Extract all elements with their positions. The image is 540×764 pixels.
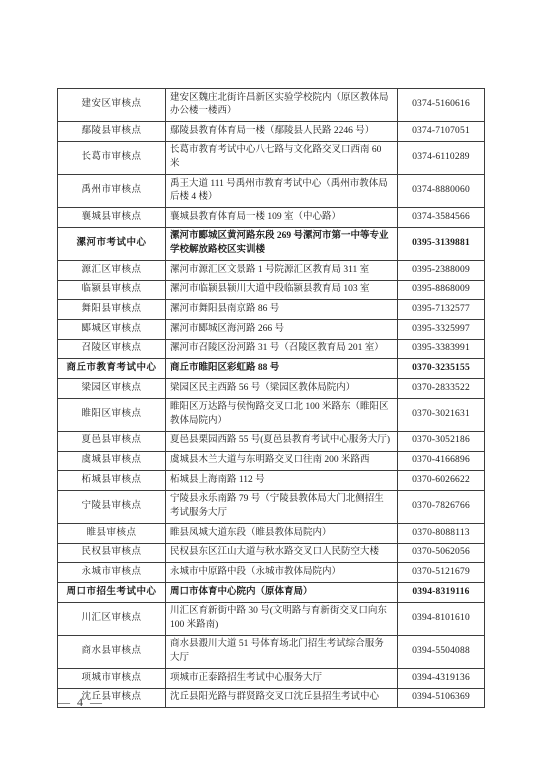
table-row: 临颍县审核点漯河市临颍县颍川大道中段临颍县教育局 103 室0395-88680… (58, 280, 485, 300)
address-cell: 睢阳区万达路与侯恂路交叉口北 100 米路东（睢阳区教体局院内） (166, 398, 398, 431)
table-row: 建安区审核点建安区魏庄北街许昌新区实验学校院内（原区教体局办公楼一楼西）0374… (58, 89, 485, 122)
checkpoint-name-cell: 郾城区审核点 (58, 319, 166, 339)
phone-cell: 0394-5504088 (398, 635, 485, 668)
checkpoint-name-cell: 项城市审核点 (58, 669, 166, 689)
table-row: 民权县审核点民权县东区江山大道与秋水路交叉口人民防空大楼0370-5062056 (58, 543, 485, 563)
checkpoint-name-cell: 周口市招生考试中心 (58, 583, 166, 603)
address-cell: 民权县东区江山大道与秋水路交叉口人民防空大楼 (166, 543, 398, 563)
checkpoint-name-cell: 睢县审核点 (58, 524, 166, 544)
address-cell: 鄢陵县教育体育局一楼（鄢陵县人民路 2246 号） (166, 122, 398, 142)
phone-cell: 0370-3235155 (398, 359, 485, 379)
checkpoint-name-cell: 柘城县审核点 (58, 471, 166, 491)
phone-cell: 0395-7132577 (398, 300, 485, 320)
table-row: 柘城县审核点柘城县上海南路 112 号0370-6026622 (58, 471, 485, 491)
table-row: 虞城县审核点虞城县木兰大道与东明路交叉口往南 200 米路西0370-41668… (58, 451, 485, 471)
phone-cell: 0370-5121679 (398, 563, 485, 583)
table-row: 梁园区审核点梁园区民主西路 56 号（梁园区教体局院内）0370-2833522 (58, 379, 485, 399)
table-row: 睢阳区审核点睢阳区万达路与侯恂路交叉口北 100 米路东（睢阳区教体局院内）03… (58, 398, 485, 431)
checkpoint-name-cell: 召陵区审核点 (58, 339, 166, 359)
checkpoint-name-cell: 川汇区审核点 (58, 602, 166, 635)
page-number: — 4 — (58, 695, 104, 710)
phone-cell: 0395-3139881 (398, 227, 485, 260)
phone-cell: 0370-3021631 (398, 398, 485, 431)
phone-cell: 0370-3052186 (398, 431, 485, 451)
checkpoint-name-cell: 长葛市审核点 (58, 141, 166, 174)
phone-cell: 0370-7826766 (398, 490, 485, 523)
address-cell: 周口市体育中心院内（原体育局） (166, 583, 398, 603)
table-row: 商丘市教育考试中心商丘市睢阳区彩虹路 88 号0370-3235155 (58, 359, 485, 379)
checkpoint-name-cell: 漯河市考试中心 (58, 227, 166, 260)
checkpoint-name-cell: 商丘市教育考试中心 (58, 359, 166, 379)
phone-cell: 0395-3325997 (398, 319, 485, 339)
phone-cell: 0374-3584566 (398, 208, 485, 228)
address-cell: 项城市正泰路招生考试中心服务大厅 (166, 669, 398, 689)
table-row: 永城市审核点永城市中原路中段（永城市教体局院内）0370-5121679 (58, 563, 485, 583)
phone-cell: 0394-8319116 (398, 583, 485, 603)
address-cell: 睢县凤城大道东段（睢县教体局院内） (166, 524, 398, 544)
phone-cell: 0374-5160616 (398, 89, 485, 122)
address-cell: 沈丘县阳光路与群贤路交叉口沈丘县招生考试中心 (166, 688, 398, 708)
table-row: 项城市审核点项城市正泰路招生考试中心服务大厅0394-4319136 (58, 669, 485, 689)
checkpoint-name-cell: 源汇区审核点 (58, 260, 166, 280)
table-row: 长葛市审核点长葛市教育考试中心八七路与文化路交叉口西南 60 米0374-611… (58, 141, 485, 174)
checkpoint-name-cell: 睢阳区审核点 (58, 398, 166, 431)
address-cell: 永城市中原路中段（永城市教体局院内） (166, 563, 398, 583)
address-cell: 虞城县木兰大道与东明路交叉口往南 200 米路西 (166, 451, 398, 471)
table-row: 沈丘县审核点沈丘县阳光路与群贤路交叉口沈丘县招生考试中心0394-5106369 (58, 688, 485, 708)
address-cell: 夏邑县栗园西路 55 号(夏邑县教育考试中心服务大厅) (166, 431, 398, 451)
address-cell: 梁园区民主西路 56 号（梁园区教体局院内） (166, 379, 398, 399)
checkpoint-name-cell: 虞城县审核点 (58, 451, 166, 471)
checkpoint-name-cell: 禹州市审核点 (58, 174, 166, 207)
table-row: 舞阳县审核点漯河市舞阳县南京路 86 号0395-7132577 (58, 300, 485, 320)
phone-cell: 0370-6026622 (398, 471, 485, 491)
address-cell: 禹王大道 111 号禹州市教育考试中心（禹州市教体局后楼 4 楼） (166, 174, 398, 207)
address-cell: 建安区魏庄北街许昌新区实验学校院内（原区教体局办公楼一楼西） (166, 89, 398, 122)
checkpoint-table-body: 建安区审核点建安区魏庄北街许昌新区实验学校院内（原区教体局办公楼一楼西）0374… (58, 89, 485, 708)
table-row: 川汇区审核点川汇区育新街中路 30 号(文明路与育新街交叉口向东 100 米路南… (58, 602, 485, 635)
phone-cell: 0395-2388009 (398, 260, 485, 280)
phone-cell: 0370-2833522 (398, 379, 485, 399)
checkpoint-name-cell: 舞阳县审核点 (58, 300, 166, 320)
checkpoint-name-cell: 民权县审核点 (58, 543, 166, 563)
table-row: 禹州市审核点禹王大道 111 号禹州市教育考试中心（禹州市教体局后楼 4 楼）0… (58, 174, 485, 207)
table-row: 襄城县审核点襄城县教育体育局一楼 109 室（中心路）0374-3584566 (58, 208, 485, 228)
table-row: 源汇区审核点漯河市源汇区文景路 1 号院源汇区教育局 311 室0395-238… (58, 260, 485, 280)
table-row: 睢县审核点睢县凤城大道东段（睢县教体局院内）0370-8088113 (58, 524, 485, 544)
phone-cell: 0370-8088113 (398, 524, 485, 544)
address-cell: 漯河市召陵区汾河路 31 号（召陵区教育局 201 室） (166, 339, 398, 359)
table-row: 宁陵县审核点宁陵县永乐南路 79 号（宁陵县教体局大门北侧招生考试服务大厅037… (58, 490, 485, 523)
address-cell: 商水县溵川大道 51 号体育场北门招生考试综合服务大厅 (166, 635, 398, 668)
phone-cell: 0370-5062056 (398, 543, 485, 563)
address-cell: 商丘市睢阳区彩虹路 88 号 (166, 359, 398, 379)
phone-cell: 0394-5106369 (398, 688, 485, 708)
address-cell: 漯河市临颍县颍川大道中段临颍县教育局 103 室 (166, 280, 398, 300)
address-cell: 漯河市舞阳县南京路 86 号 (166, 300, 398, 320)
checkpoint-name-cell: 建安区审核点 (58, 89, 166, 122)
phone-cell: 0374-6110289 (398, 141, 485, 174)
checkpoint-name-cell: 临颍县审核点 (58, 280, 166, 300)
table-row: 鄢陵县审核点鄢陵县教育体育局一楼（鄢陵县人民路 2246 号）0374-7107… (58, 122, 485, 142)
table-row: 商水县审核点商水县溵川大道 51 号体育场北门招生考试综合服务大厅0394-55… (58, 635, 485, 668)
phone-cell: 0374-8880060 (398, 174, 485, 207)
address-cell: 襄城县教育体育局一楼 109 室（中心路） (166, 208, 398, 228)
checkpoint-name-cell: 襄城县审核点 (58, 208, 166, 228)
phone-cell: 0395-8868009 (398, 280, 485, 300)
phone-cell: 0394-8101610 (398, 602, 485, 635)
address-cell: 漯河市郾城区海河路 266 号 (166, 319, 398, 339)
table-row: 郾城区审核点漯河市郾城区海河路 266 号0395-3325997 (58, 319, 485, 339)
address-cell: 长葛市教育考试中心八七路与文化路交叉口西南 60 米 (166, 141, 398, 174)
table-row: 周口市招生考试中心周口市体育中心院内（原体育局）0394-8319116 (58, 583, 485, 603)
table-row: 漯河市考试中心漯河市郾城区黄河路东段 269 号漯河市第一中等专业学校解放路校区… (58, 227, 485, 260)
address-cell: 漯河市郾城区黄河路东段 269 号漯河市第一中等专业学校解放路校区实训楼 (166, 227, 398, 260)
phone-cell: 0395-3383991 (398, 339, 485, 359)
checkpoint-name-cell: 永城市审核点 (58, 563, 166, 583)
address-cell: 川汇区育新街中路 30 号(文明路与育新街交叉口向东 100 米路南) (166, 602, 398, 635)
address-cell: 漯河市源汇区文景路 1 号院源汇区教育局 311 室 (166, 260, 398, 280)
document-page: 建安区审核点建安区魏庄北街许昌新区实验学校院内（原区教体局办公楼一楼西）0374… (0, 0, 540, 764)
phone-cell: 0374-7107051 (398, 122, 485, 142)
checkpoint-name-cell: 夏邑县审核点 (58, 431, 166, 451)
phone-cell: 0370-4166896 (398, 451, 485, 471)
table-row: 夏邑县审核点夏邑县栗园西路 55 号(夏邑县教育考试中心服务大厅)0370-30… (58, 431, 485, 451)
checkpoint-name-cell: 商水县审核点 (58, 635, 166, 668)
checkpoint-name-cell: 鄢陵县审核点 (58, 122, 166, 142)
address-cell: 宁陵县永乐南路 79 号（宁陵县教体局大门北侧招生考试服务大厅 (166, 490, 398, 523)
checkpoint-table: 建安区审核点建安区魏庄北街许昌新区实验学校院内（原区教体局办公楼一楼西）0374… (57, 88, 485, 708)
address-cell: 柘城县上海南路 112 号 (166, 471, 398, 491)
table-row: 召陵区审核点漯河市召陵区汾河路 31 号（召陵区教育局 201 室）0395-3… (58, 339, 485, 359)
phone-cell: 0394-4319136 (398, 669, 485, 689)
checkpoint-name-cell: 梁园区审核点 (58, 379, 166, 399)
checkpoint-name-cell: 宁陵县审核点 (58, 490, 166, 523)
